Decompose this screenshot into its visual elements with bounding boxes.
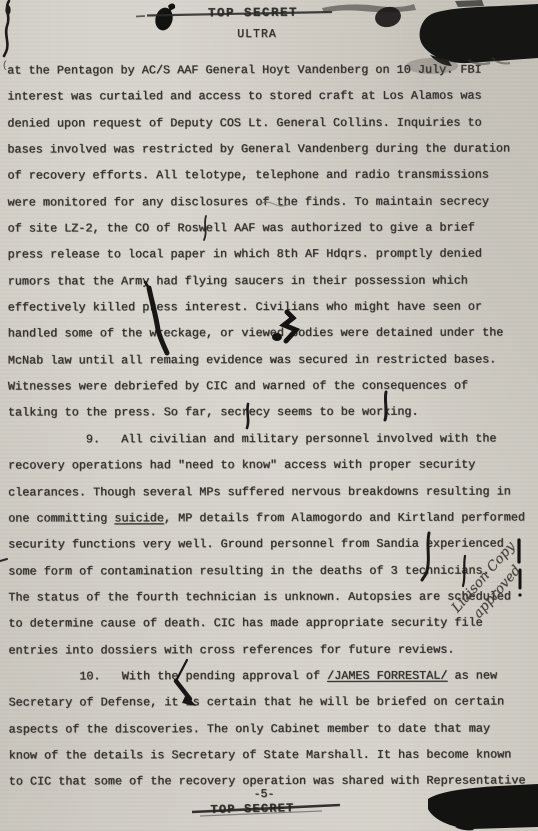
document-line: press release to local paper in which 8t… [8, 241, 534, 268]
document-line: aspects of the discoveries. The only Cab… [9, 715, 535, 742]
margin-dash [0, 559, 7, 561]
document-line: handled some of the wreckage, or viewed … [8, 320, 534, 347]
document-line: were monitored for any disclosures of th… [8, 188, 534, 215]
page-number: -5- [238, 788, 290, 801]
document-line: recovery operations had "need to know" a… [8, 452, 534, 479]
smudge-band-top [322, 4, 416, 13]
document-line: of site LZ-2, the CO of Roswell AAF was … [8, 215, 534, 242]
document-line: know of the details is Secretary of Stat… [9, 741, 535, 768]
ink-blot-header-left [153, 6, 175, 32]
document-line: clearances. Though several MPs suffered … [8, 478, 534, 505]
document-line: bases involved was restricted by General… [7, 135, 533, 162]
codeword-header: ULTRA [228, 28, 286, 41]
document-line: entries into dossiers with cross referen… [8, 636, 534, 663]
pen-squiggle-blob [5, 5, 10, 15]
redaction-mark-top-right [420, 4, 538, 63]
header-strikethrough-dash [136, 16, 145, 17]
document-line: 9. All civilian and military personnel i… [8, 425, 534, 452]
document-line: to determine cause of death. CIC has mad… [8, 610, 534, 637]
pen-squiggle-left-edge [4, 1, 9, 56]
document-line: 10. With the pending approval of /JAMES … [8, 662, 534, 689]
classification-footer: TOP SECRET [195, 801, 310, 817]
document-line: Witnesses were debriefed by CIC and warn… [8, 373, 534, 400]
document-line: effectively killed press interest. Civil… [8, 294, 534, 321]
document-line: Secretary of Defense, it is certain that… [9, 689, 535, 716]
scanned-document-page: TOP SECRET ULTRA ( at the Pentagon by AC… [0, 0, 538, 831]
document-line: security functions very well. Ground per… [8, 531, 534, 558]
redaction-bottom-drip [455, 826, 474, 830]
document-line: some form of contamination resulting in … [8, 557, 534, 584]
document-line: denied upon request of Deputy COS Lt. Ge… [7, 109, 533, 136]
document-line: McNab law until all remaing evidence was… [8, 346, 534, 373]
document-line: of recovery efforts. All telotype, telep… [7, 162, 533, 189]
smudge-top-right-corner [455, 0, 484, 7]
document-line: interest was curtailed and access to sto… [7, 83, 533, 110]
document-line: talking to the press. So far, secrecy se… [8, 399, 534, 426]
document-line: one committing suicide, MP details from … [8, 504, 534, 531]
document-line: rumors that the Army had flying saucers … [8, 267, 534, 294]
document-line: at the Pentagon by AC/S AAF General Hoyt… [7, 56, 533, 83]
ink-blot-tail [168, 4, 175, 11]
classification-header: TOP SECRET [197, 6, 309, 21]
ink-blot-header-right [373, 5, 403, 30]
document-body: at the Pentagon by AC/S AAF General Hoyt… [7, 56, 535, 795]
